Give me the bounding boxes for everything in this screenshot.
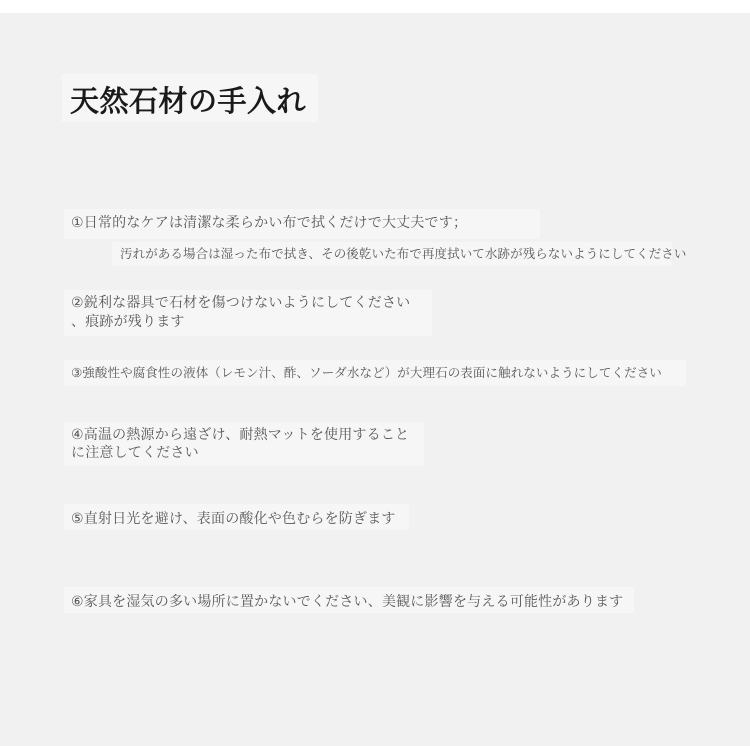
care-item-1-line: ①日常的なケアは清潔な柔らかい布で拭くだけで大丈夫です； [71,214,467,233]
care-item-4-line1: ④高温の熱源から遠ざけ、耐熱マットを使用すること [71,426,409,445]
care-item-1-note: 汚れがある場合は湿った布で拭き、その後乾いた布で再度拭いて水跡が残らないようにし… [120,245,687,263]
care-item-2-line2: 、痕跡が残ります [71,313,185,332]
product-care-page: 天然石材の手入れ ①日常的なケアは清潔な柔らかい布で拭くだけで大丈夫です； 汚れ… [0,0,750,746]
page-title: 天然石材の手入れ [70,84,306,118]
care-item-3-line: ③強酸性や腐食性の液体（レモン汁、酢、ソーダ水など）が大理石の表面に触れないよう… [71,364,662,382]
care-item-6-line: ⑥家具を湿気の多い場所に置かないでください、美観に影響を与える可能性があります [71,593,623,612]
care-item-5-line: ⑤直射日光を避け、表面の酸化や色むらを防ぎます [71,510,396,529]
care-item-2-line1: ②鋭利な器具で石材を傷つけないようにしてください [71,294,410,313]
care-item-4-line2: に注意してください [71,444,199,463]
